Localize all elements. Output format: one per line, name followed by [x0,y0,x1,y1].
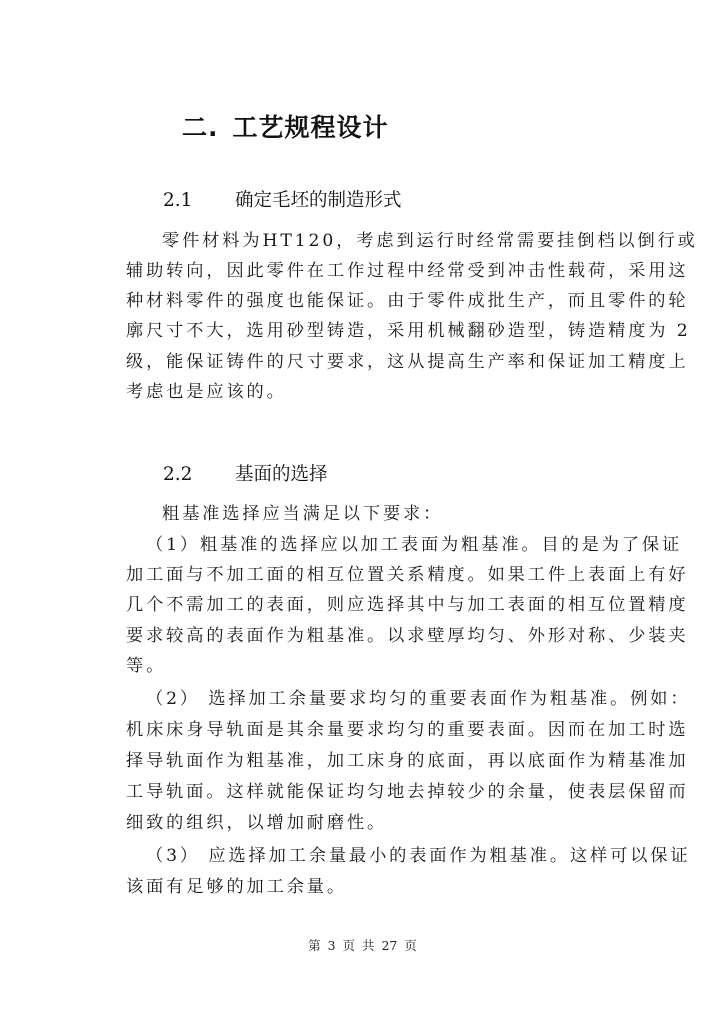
paragraph-line: （3） 应选择加工余量最小的表面作为粗基准。这样可以保证 [146,845,620,867]
paragraph-line: 等。 [126,655,600,677]
paragraph-line: 辅助转向，因此零件在工作过程中经常受到冲击性载荷，采用这 [126,260,600,282]
paragraph-line: 级，能保证铸件的尺寸要求，这从提高生产率和保证加工精度上 [126,351,600,373]
paragraph-line: 几个不需加工的表面，则应选择其中与加工表面的相互位置精度 [126,594,600,616]
section-number: 2.1 [163,190,235,211]
section-title: 基面的选择 [235,464,328,485]
paragraph-line: 工导轨面。这样就能保证均匀地去掉较少的余量，使表层保留而 [126,781,600,803]
paragraph-line: 要求较高的表面作为粗基准。以求壁厚均匀、外形对称、少装夹 [126,625,600,647]
section-heading-2-1: 2.1确定毛坯的制造形式 [163,186,402,212]
paragraph-line: 廓尺寸不大，选用砂型铸造，采用机械翻砂造型，铸造精度为 2 [126,320,600,342]
section-number: 2.2 [163,464,235,485]
paragraph-line: 择导轨面作为粗基准，加工床身的底面，再以底面作为精基准加 [126,750,600,772]
paragraph-line: （2） 选择加工余量要求均匀的重要表面作为粗基准。例如： [146,688,620,710]
chapter-title-text: 工艺规程设计 [233,113,389,142]
paragraph-line: 机床床身导轨面是其余量要求均匀的重要表面。因而在加工时选 [126,719,600,741]
chapter-title: 二.工艺规程设计 [182,108,389,144]
paragraph-line: （1）粗基准的选择应以加工表面为粗基准。目的是为了保证 [146,534,620,556]
document-page: 二.工艺规程设计 2.1确定毛坯的制造形式 零件材料为HT120，考虑到运行时经… [0,0,725,1024]
chapter-number: 二. [182,113,219,142]
section-heading-2-2: 2.2基面的选择 [163,460,328,486]
paragraph-line: 粗基准选择应当满足以下要求： [162,503,600,525]
paragraph-line: 细致的组织，以增加耐磨性。 [126,812,600,834]
section-title: 确定毛坯的制造形式 [235,190,402,211]
paragraph-line: 考虑也是应该的。 [126,381,600,403]
paragraph-line: 种材料零件的强度也能保证。由于零件成批生产，而且零件的轮 [126,290,600,312]
page-footer: 第 3 页 共 27 页 [0,936,725,954]
paragraph-line: 零件材料为HT120，考虑到运行时经常需要挂倒档以倒行或 [162,230,600,252]
paragraph-line: 加工面与不加工面的相互位置关系精度。如果工件上表面上有好 [126,564,600,586]
paragraph-line: 该面有足够的加工余量。 [126,876,600,898]
